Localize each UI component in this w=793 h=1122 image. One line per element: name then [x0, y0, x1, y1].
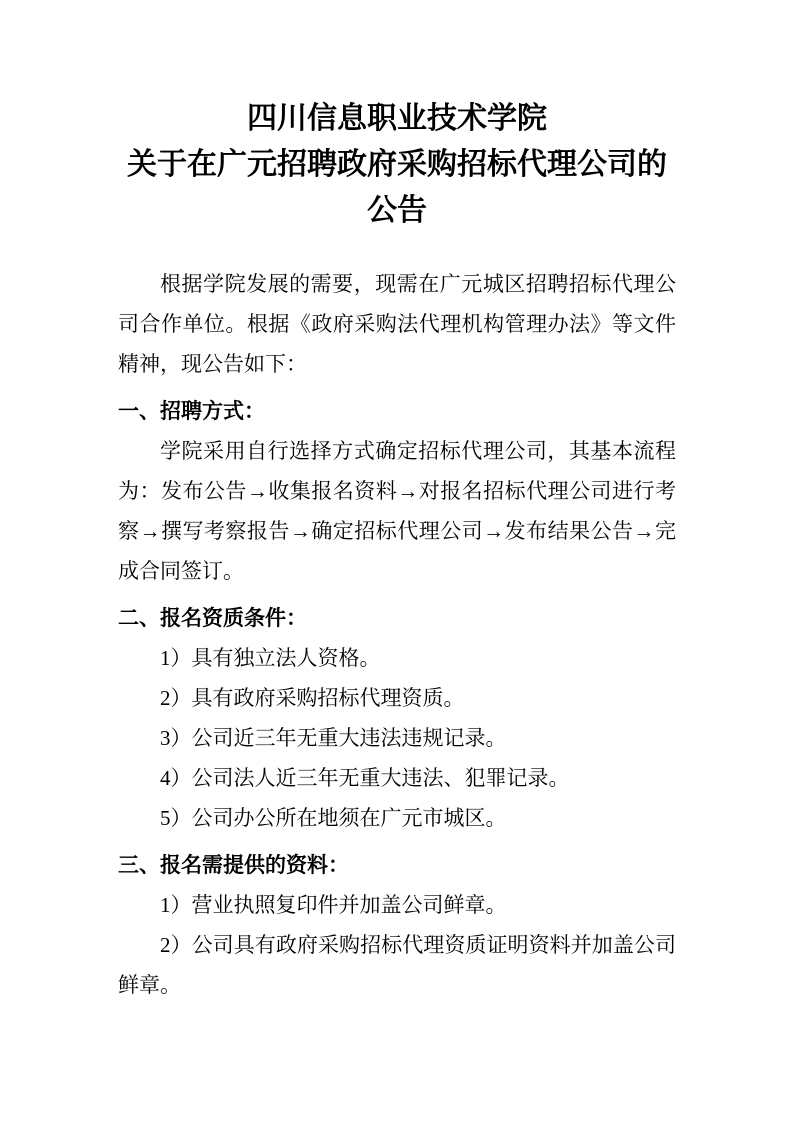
section-3-heading: 三、报名需提供的资料：	[118, 845, 676, 885]
section-2-item-5: 5）公司办公所在地须在广元市城区。	[118, 798, 676, 838]
document-page: 四川信息职业技术学院 关于在广元招聘政府采购招标代理公司的 公告 根据学院发展的…	[0, 0, 793, 1122]
section-3-item-2: 2）公司具有政府采购招标代理资质证明资料并加盖公司鲜章。	[118, 925, 676, 1005]
document-body: 根据学院发展的需要，现需在广元城区招聘招标代理公司合作单位。根据《政府采购法代理…	[118, 264, 676, 1005]
title-line-3: 公告	[118, 188, 676, 234]
title-line-1: 四川信息职业技术学院	[118, 96, 676, 142]
section-2-item-1: 1）具有独立法人资格。	[118, 638, 676, 678]
section-2-heading: 二、报名资质条件：	[118, 598, 676, 638]
section-3-item-1: 1）营业执照复印件并加盖公司鲜章。	[118, 885, 676, 925]
intro-paragraph: 根据学院发展的需要，现需在广元城区招聘招标代理公司合作单位。根据《政府采购法代理…	[118, 264, 676, 384]
section-2-item-4: 4）公司法人近三年无重大违法、犯罪记录。	[118, 758, 676, 798]
section-2-item-2: 2）具有政府采购招标代理资质。	[118, 678, 676, 718]
section-2-item-3: 3）公司近三年无重大违法违规记录。	[118, 718, 676, 758]
section-1-paragraph: 学院采用自行选择方式确定招标代理公司，其基本流程为：发布公告→收集报名资料→对报…	[118, 431, 676, 591]
document-title: 四川信息职业技术学院 关于在广元招聘政府采购招标代理公司的 公告	[118, 96, 676, 234]
section-1-heading: 一、招聘方式：	[118, 391, 676, 431]
title-line-2: 关于在广元招聘政府采购招标代理公司的	[118, 142, 676, 188]
